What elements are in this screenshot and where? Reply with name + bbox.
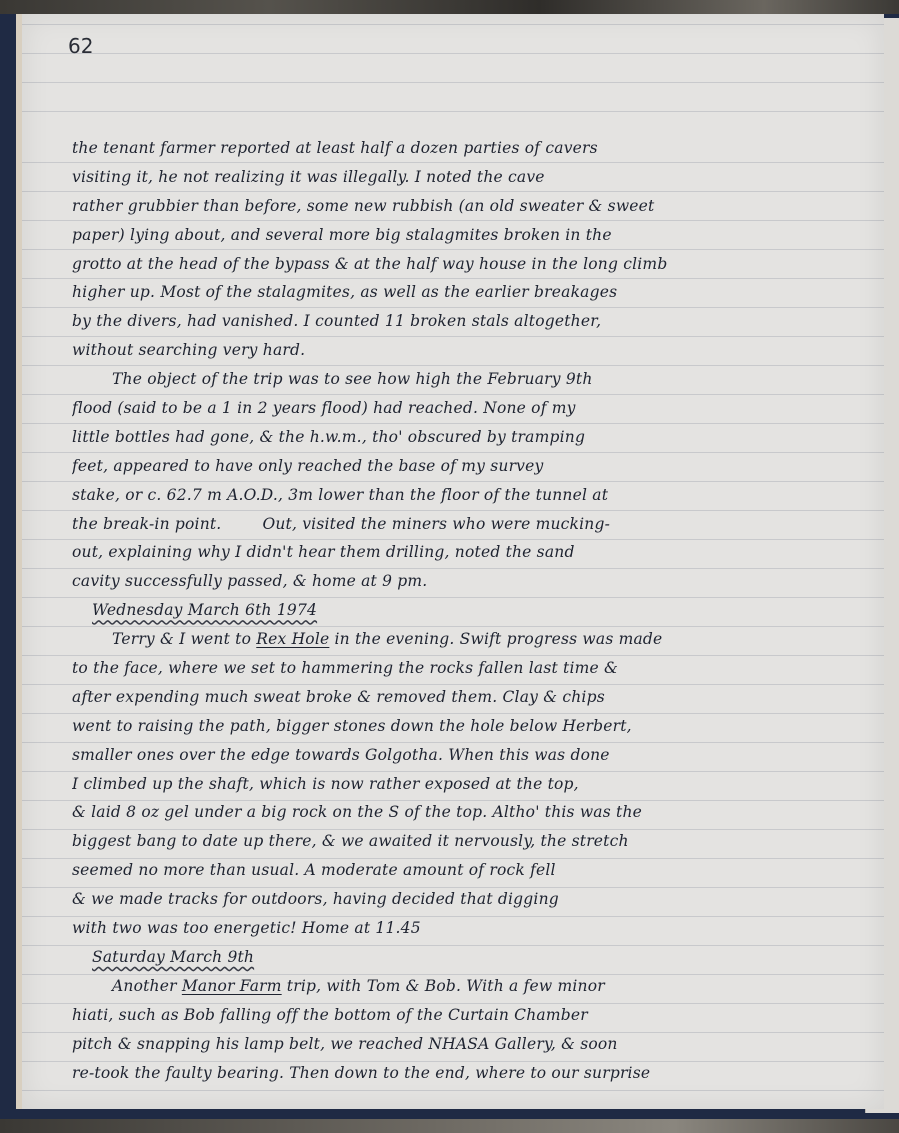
text-line: stake, or c. 62.7 m A.O.D., 3m lower tha…	[72, 481, 872, 510]
text-line: rather grubbier than before, some new ru…	[72, 192, 872, 221]
text-line: feet, appeared to have only reached the …	[72, 452, 872, 481]
text-line: without searching very hard.	[72, 336, 872, 365]
text-line: little bottles had gone, & the h.w.m., t…	[72, 423, 872, 452]
page-content: the tenant farmer reported at least half…	[72, 134, 872, 1087]
text-line: seemed no more than usual. A moderate am…	[72, 856, 872, 885]
text-line: biggest bang to date up there, & we awai…	[72, 827, 872, 856]
text-line: went to raising the path, bigger stones …	[72, 712, 872, 741]
text-line: paper) lying about, and several more big…	[72, 221, 872, 250]
text-line: re-took the faulty bearing. Then down to…	[72, 1059, 872, 1088]
underlined-place-name: Manor Farm	[182, 977, 282, 995]
text-line: the tenant farmer reported at least half…	[72, 134, 872, 163]
entry-date-heading: Wednesday March 6th 1974	[92, 596, 317, 625]
text-line: out, explaining why I didn't hear them d…	[72, 538, 872, 567]
text-line: grotto at the head of the bypass & at th…	[72, 250, 872, 279]
text-line: the break-in point. Out, visited the min…	[72, 510, 872, 539]
text-line: higher up. Most of the stalagmites, as w…	[72, 278, 872, 307]
text-line: & we made tracks for outdoors, having de…	[72, 885, 872, 914]
text-line: Terry & I went to Rex Hole in the evenin…	[72, 625, 872, 654]
text-line: smaller ones over the edge towards Golgo…	[72, 741, 872, 770]
text-line: visiting it, he not realizing it was ill…	[72, 163, 872, 192]
text-line: Another Manor Farm trip, with Tom & Bob.…	[72, 972, 872, 1001]
underlined-place-name: Rex Hole	[256, 630, 329, 648]
notebook-page: 62 the tenant farmer reported at least h…	[16, 14, 884, 1109]
text-line: with two was too energetic! Home at 11.4…	[72, 914, 872, 943]
text-line: flood (said to be a 1 in 2 years flood) …	[72, 394, 872, 423]
entry-march-6: Wednesday March 6th 1974 Terry & I went …	[72, 596, 872, 943]
text-line: to the face, where we set to hammering t…	[72, 654, 872, 683]
text-line: after expending much sweat broke & remov…	[72, 683, 872, 712]
text-line: I climbed up the shaft, which is now rat…	[72, 770, 872, 799]
entry-date-heading: Saturday March 9th	[92, 943, 254, 972]
background-bottom	[0, 1119, 899, 1133]
text-line: by the divers, had vanished. I counted 1…	[72, 307, 872, 336]
page-number: 62	[68, 34, 93, 58]
text-line: pitch & snapping his lamp belt, we reach…	[72, 1030, 872, 1059]
text-line: cavity successfully passed, & home at 9 …	[72, 567, 872, 596]
text-line: The object of the trip was to see how hi…	[72, 365, 872, 394]
text-line: hiati, such as Bob falling off the botto…	[72, 1001, 872, 1030]
text-line: & laid 8 oz gel under a big rock on the …	[72, 798, 872, 827]
entry-continuation: the tenant farmer reported at least half…	[72, 134, 872, 596]
entry-march-9: Saturday March 9th Another Manor Farm tr…	[72, 943, 872, 1087]
